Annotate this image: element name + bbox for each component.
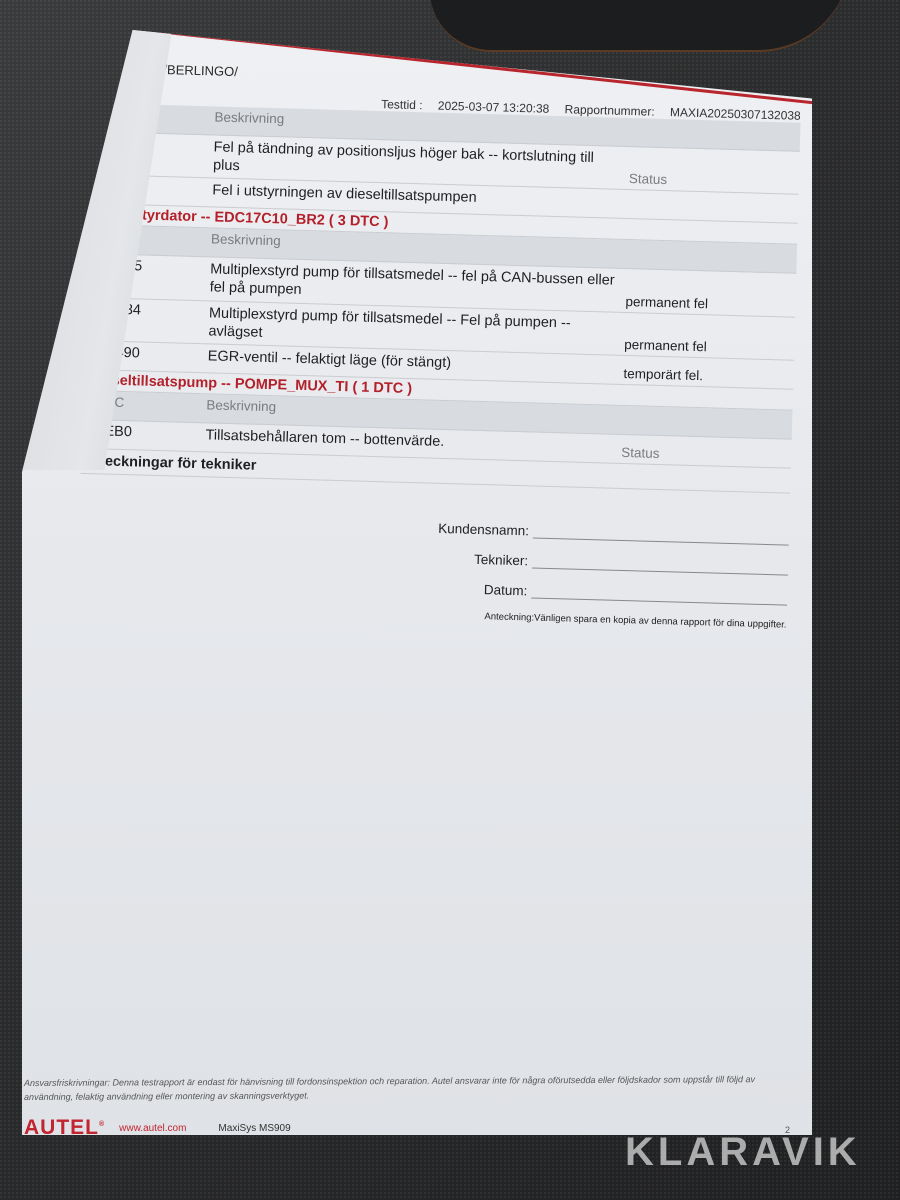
test-time-label: Testtid : [381,97,423,112]
seat-headrest [430,0,850,52]
report-content: oen/BERLINGO/ Testtid : 2025-03-07 13:20… [77,60,802,630]
date-label: Datum: [427,580,531,598]
dtc-description: Multiplexstyrd pump för tillsatsmedel --… [208,304,619,352]
autel-url: www.autel.com [119,1123,186,1134]
report-page: oen/BERLINGO/ Testtid : 2025-03-07 13:20… [22,30,812,1135]
signature-block: Kundensnamn: Tekniker: Datum: [427,505,789,605]
col-status: Status [623,171,799,191]
dtc-status: temporärt fel. [617,366,793,386]
technician-label: Tekniker: [428,550,532,568]
dtc-description: Fel på tändning av positionsljus höger b… [213,138,624,186]
dtc-status: permanent fel [618,337,794,357]
date-line [531,583,787,605]
device-model: MaxiSys MS909 [218,1123,290,1134]
dtc-description: Multiplexstyrd pump för tillsatsmedel --… [209,261,620,309]
customer-name-label: Kundensnamn: [429,520,533,538]
disclaimer-text: Ansvarsfriskrivningar: Denna testrapport… [22,1073,794,1104]
klaravik-watermark: KLARAVIK [625,1130,861,1175]
col-status: Status [615,445,791,465]
report-number-label: Rapportnummer: [564,102,654,119]
save-copy-note: Anteckning:Vänligen spara en kopia av de… [77,600,787,631]
dtc-status: permanent fel [619,293,795,313]
